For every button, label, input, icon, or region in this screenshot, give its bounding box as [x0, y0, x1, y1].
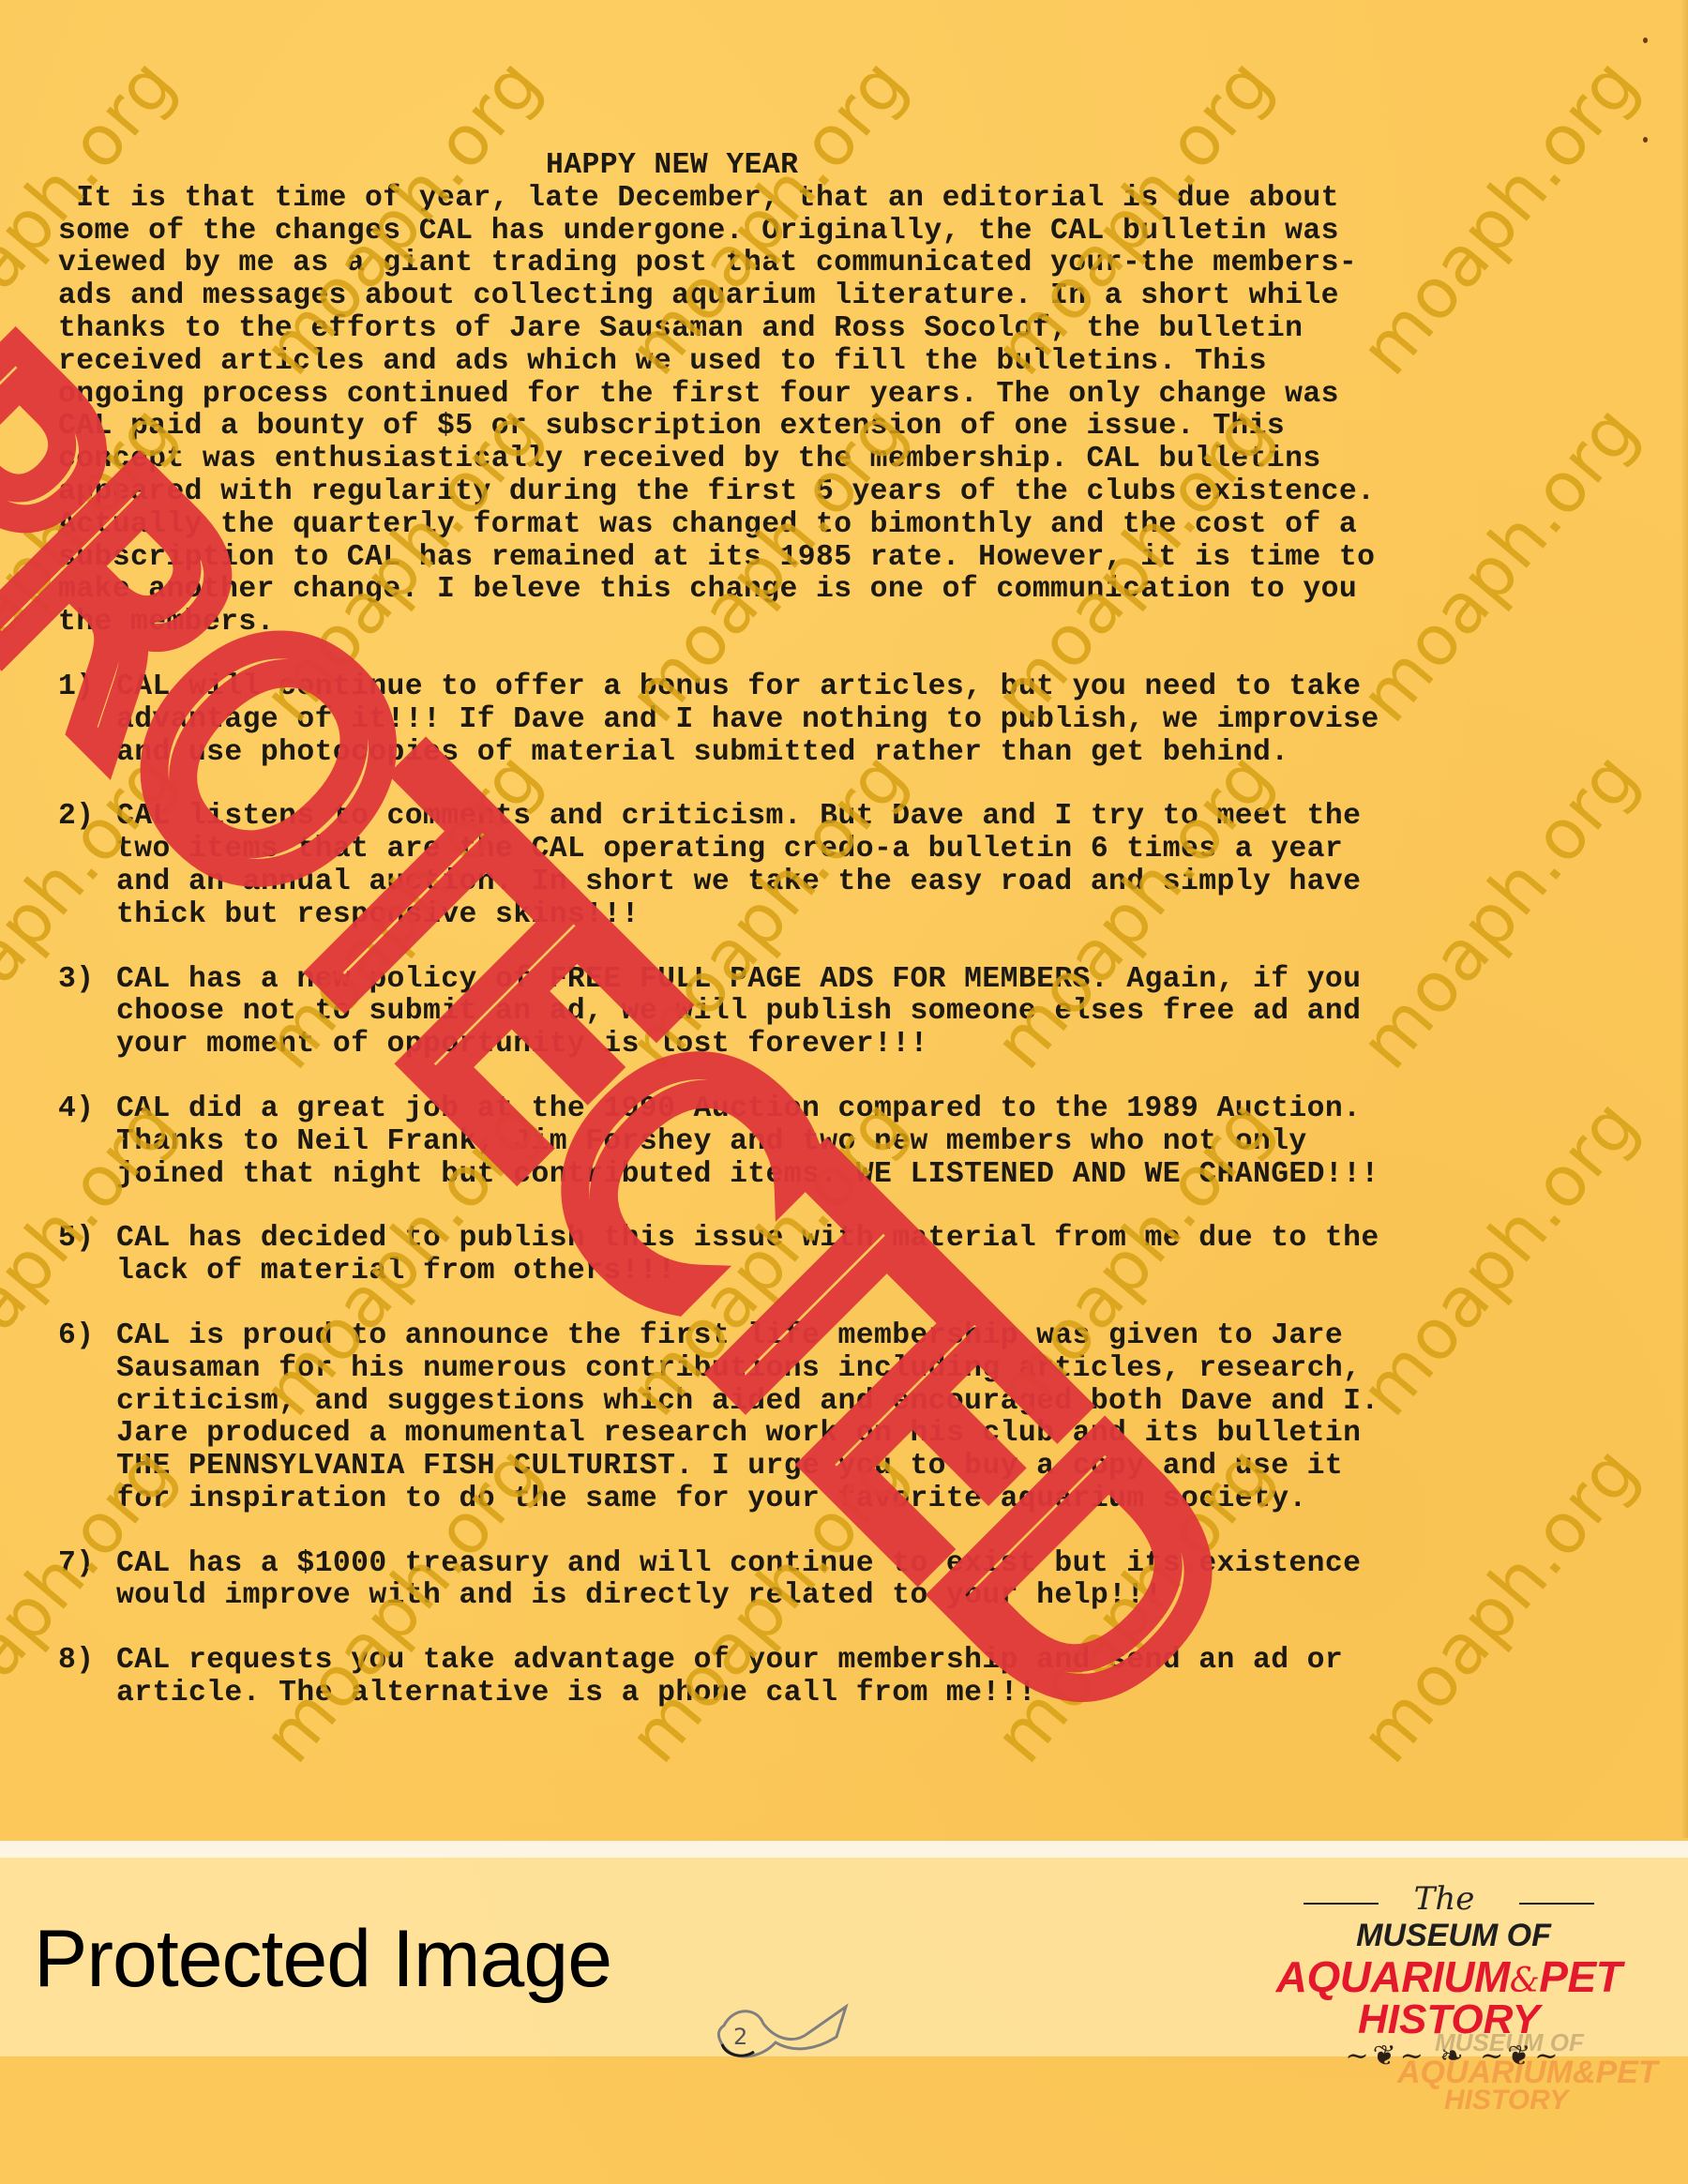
text-line: CAL has a $1000 treasury and will contin…: [116, 1548, 1521, 1581]
list-item-number: 4): [58, 1093, 116, 1191]
text-line: two items that are the CAL operating cre…: [116, 834, 1521, 866]
list-item: 1)CAL will continue to offer a bonus for…: [58, 671, 1521, 769]
text-line: subscription to CAL has remained at its …: [58, 542, 1521, 575]
list-item-number: 5): [58, 1223, 116, 1288]
text-line: some of the changes CAL has undergone. O…: [58, 216, 1521, 249]
numbered-list: 1)CAL will continue to offer a bonus for…: [58, 671, 1521, 1710]
text-line: CAL is proud to announce the first life …: [116, 1320, 1521, 1353]
text-line: Actually the quarterly format was change…: [58, 509, 1521, 542]
text-line: CAL requests you take advantage of your …: [116, 1645, 1521, 1678]
text-line: CAL will continue to offer a bonus for a…: [116, 671, 1521, 704]
document-title: HAPPY NEW YEAR: [58, 150, 1521, 183]
fish-doodle-icon: 2: [705, 1997, 865, 2072]
text-line: Jare produced a monumental research work…: [116, 1418, 1521, 1451]
text-line: ads and messages about collecting aquari…: [58, 280, 1521, 313]
text-line: CAL has decided to publish this issue wi…: [116, 1223, 1521, 1256]
protected-image-label: Protected Image: [34, 1913, 611, 2006]
list-item: 4)CAL did a great job at the 1990 Auctio…: [58, 1093, 1521, 1191]
list-item: 3)CAL has a new policy of FREE FULL PAGE…: [58, 964, 1521, 1062]
text-line: would improve with and is directly relat…: [116, 1580, 1521, 1613]
paper-speck: [1643, 38, 1648, 43]
text-line: CAL listens to comments and criticism. B…: [116, 801, 1521, 834]
list-item: 8)CAL requests you take advantage of you…: [58, 1645, 1521, 1710]
text-line: thick but responsive skins!!!: [116, 899, 1521, 932]
text-line: appeared with regularity during the firs…: [58, 476, 1521, 509]
text-line: It is that time of year, late December, …: [58, 183, 1521, 216]
list-item-number: 8): [58, 1645, 116, 1710]
text-line: advantage of it!!! If Dave and I have no…: [116, 704, 1521, 737]
text-line: viewed by me as a giant trading post tha…: [58, 248, 1521, 280]
text-line: THE PENNSYLVANIA FISH CULTURIST. I urge …: [116, 1451, 1521, 1484]
list-item-number: 3): [58, 964, 116, 1062]
text-line: lack of material from others!!!: [116, 1256, 1521, 1288]
list-item-number: 7): [58, 1548, 116, 1614]
text-line: and an annual auction. In short we take …: [116, 866, 1521, 899]
intro-paragraph: It is that time of year, late December, …: [58, 183, 1521, 640]
text-line: CAL has a new policy of FREE FULL PAGE A…: [116, 964, 1521, 997]
text-line: your moment of opportunity is lost forev…: [116, 1029, 1521, 1062]
text-line: thanks to the efforts of Jare Sausaman a…: [58, 313, 1521, 346]
text-line: CAL did a great job at the 1990 Auction …: [116, 1093, 1521, 1126]
text-line: joined that night but contributed items.…: [116, 1159, 1521, 1192]
text-line: concept was enthusiastically received by…: [58, 444, 1521, 476]
list-item-number: 1): [58, 671, 116, 769]
list-item: 6)CAL is proud to announce the first lif…: [58, 1320, 1521, 1516]
museum-logo: The MUSEUM OF AQUARIUM&PET HISTORY ~❦~ ❧…: [1219, 1880, 1669, 2161]
document-body: HAPPY NEW YEAR It is that time of year, …: [58, 150, 1521, 1710]
text-line: make another change. I beleve this chang…: [58, 574, 1521, 607]
list-item: 7)CAL has a $1000 treasury and will cont…: [58, 1548, 1521, 1614]
logo-museum-of: MUSEUM OF: [1332, 1918, 1575, 1954]
text-line: choose not to submit an ad, we will publ…: [116, 996, 1521, 1029]
text-line: and use photocopies of material submitte…: [116, 737, 1521, 770]
list-item-number: 6): [58, 1320, 116, 1516]
paper-speck: [1643, 137, 1648, 143]
text-line: CAL paid a bounty of $5 or subscription …: [58, 411, 1521, 444]
text-line: for inspiration to do the same for your …: [116, 1484, 1521, 1516]
text-line: article. The alternative is a phone call…: [116, 1678, 1521, 1710]
text-line: Thanks to Neil Frank, Jim Forshey and tw…: [116, 1126, 1521, 1159]
text-line: Sausaman for his numerous contributions …: [116, 1353, 1521, 1386]
text-line: criticism, and suggestions which aided a…: [116, 1386, 1521, 1419]
logo-aquarium-pet: AQUARIUM&PET: [1238, 1951, 1660, 2002]
list-item: 5)CAL has decided to publish this issue …: [58, 1223, 1521, 1288]
text-line: received articles and ads which we used …: [58, 346, 1521, 379]
text-line: ongoing process continued for the first …: [58, 379, 1521, 412]
page-edge-shadow: [1680, 0, 1688, 1838]
list-item-number: 2): [58, 801, 116, 931]
text-line: the members.: [58, 607, 1521, 640]
banner-divider: [0, 1841, 1688, 1858]
logo-the: The: [1379, 1880, 1510, 1918]
list-item: 2)CAL listens to comments and criticism.…: [58, 801, 1521, 931]
page-number: 2: [733, 2024, 747, 2050]
